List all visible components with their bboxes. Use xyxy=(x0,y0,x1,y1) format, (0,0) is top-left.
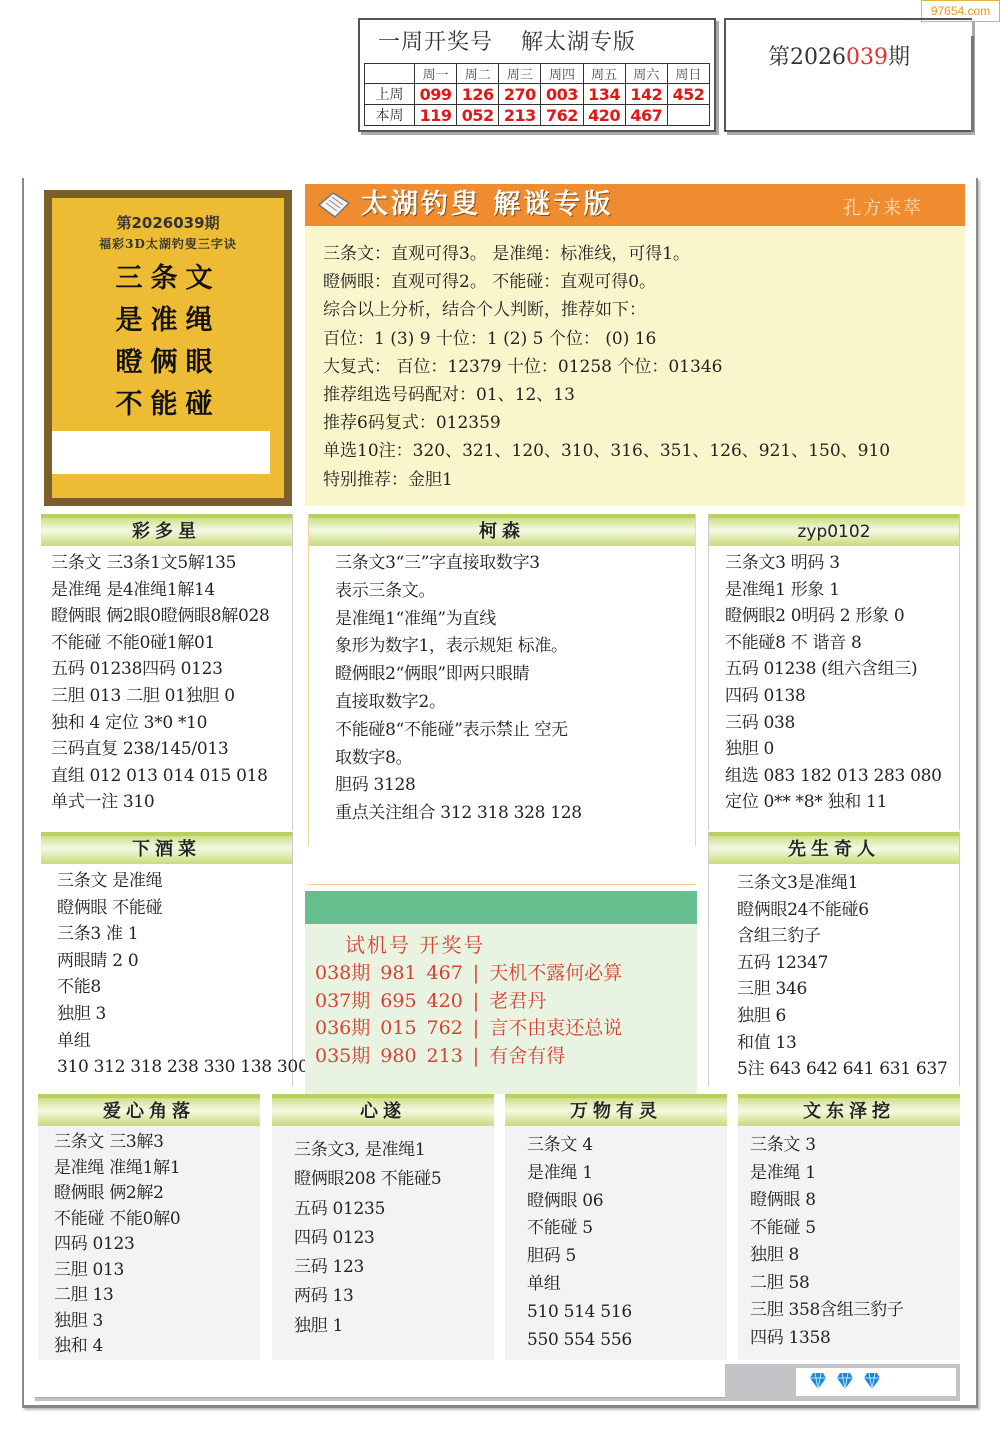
panel-line: 550 554 556 xyxy=(527,1327,717,1355)
gem-icon xyxy=(864,1372,880,1390)
panel-line: 定位 0** *8* 独和 11 xyxy=(725,789,949,816)
weekly-title-right: 解太湖专版 xyxy=(521,30,636,55)
separator: | xyxy=(473,990,479,1012)
panel-line: 是准绳 1 xyxy=(750,1160,950,1188)
panel-line: 二胆 58 xyxy=(750,1270,950,1298)
weekday-wed: 周三 xyxy=(499,64,541,84)
panel-line: 不能碰 5 xyxy=(527,1215,717,1243)
panel-line: 三胆 013 xyxy=(54,1258,250,1284)
panel-line: 三条文3, 是准绳1 xyxy=(294,1136,484,1165)
panel-line: 瞪俩眼 06 xyxy=(527,1188,717,1216)
draw-number: 213 xyxy=(499,105,541,126)
panel-line: 组选 083 182 013 283 080 xyxy=(725,763,949,790)
trial-number: 015 xyxy=(380,1017,416,1039)
panel-aixin: 爱心角落 三条文 三3解3 是准绳 准绳1解1 瞪俩眼 俩2解2 不能碰 不能0… xyxy=(38,1094,260,1360)
panel-line: 不能碰8 不 谐音 8 xyxy=(725,630,949,657)
panel-line: 表示三条文。 xyxy=(335,578,685,606)
weekly-grid: 周一 周二 周三 周四 周五 周六 周日 上周 099 126 270 003 … xyxy=(364,63,710,126)
panel-title: zyp0102 xyxy=(709,514,959,546)
panel-line: 三条文3“三”字直接取数字3 xyxy=(335,550,685,578)
panel-line: 瞪俩眼 俩2解2 xyxy=(54,1181,250,1207)
trial-row: 037期695420|老君丹 xyxy=(315,988,697,1016)
panel-line: 独胆 1 xyxy=(294,1312,484,1341)
panel-wanwu: 万物有灵 三条文 4 是准绳 1 瞪俩眼 06 不能碰 5 胆码 5 单组 51… xyxy=(505,1094,727,1360)
trial-row: 038期981467|天机不露何必算 xyxy=(315,960,697,988)
separator: | xyxy=(473,1017,479,1039)
analysis-header: 太湖钓叟 解谜专版 孔方来萃 xyxy=(305,184,965,226)
panel-line: 瞪俩眼 不能碰 xyxy=(57,895,282,922)
panel-line: 三条3 准 1 xyxy=(57,921,282,948)
gem-icon xyxy=(837,1372,853,1390)
panel-xiajiucai: 下酒菜 三条文 是准绳 瞪俩眼 不能碰 三条3 准 1 两眼睛 2 0 不能8 … xyxy=(41,832,293,1086)
analysis-line: 三条文：直观可得3。 是准绳：标准线，可得1。 xyxy=(323,240,947,268)
issue-number-highlight: 039 xyxy=(846,45,888,70)
analysis-line: 单选10注：320、321、120、310、316、351、126、921、15… xyxy=(323,437,947,465)
weekday-sat: 周六 xyxy=(625,64,667,84)
trial-note: 有舍有得 xyxy=(489,1045,565,1067)
panel-line: 瞪俩眼2 0明码 2 形象 0 xyxy=(725,603,949,630)
draw-number: 467 xyxy=(427,962,463,984)
draw-number: 420 xyxy=(427,990,463,1012)
draw-number: 134 xyxy=(583,84,625,105)
panel-line: 是准绳1 形象 1 xyxy=(725,577,949,604)
trial-issue: 038期 xyxy=(315,962,370,984)
poem-line: 不能碰 xyxy=(52,388,284,422)
draw-number: 003 xyxy=(541,84,583,105)
book-icon xyxy=(317,191,351,219)
analysis-line: 大复式： 百位：12379 十位：01258 个位：01346 xyxy=(323,353,947,381)
panel-line: 三胆 346 xyxy=(737,976,949,1003)
panel-line: 310 312 318 238 330 138 300 xyxy=(57,1054,282,1081)
panel-line: 含组三豹子 xyxy=(737,923,949,950)
panel-wendong: 文东泽挖 三条文 3 是准绳 1 瞪俩眼 8 不能碰 5 独胆 8 二胆 58 … xyxy=(738,1094,960,1360)
panel-zyp0102: zyp0102 三条文3 明码 3 是准绳1 形象 1 瞪俩眼2 0明码 2 形… xyxy=(708,514,960,830)
panel-line: 三胆 013 二胆 01独胆 0 xyxy=(51,683,282,710)
draw-number: 452 xyxy=(667,84,709,105)
analysis-line: 推荐组选号码配对：01、12、13 xyxy=(323,381,947,409)
trial-row: 035期980213|有舍有得 xyxy=(315,1043,697,1071)
panel-line: 三胆 358含组三豹子 xyxy=(750,1297,950,1325)
panel-line: 5注 643 642 641 631 637 xyxy=(737,1056,949,1083)
panel-line: 二胆 13 xyxy=(54,1283,250,1309)
trial-header-bar xyxy=(305,891,697,924)
corner-cell xyxy=(365,64,415,84)
poem-line: 瞪俩眼 xyxy=(52,346,284,380)
trial-note: 言不由衷还总说 xyxy=(489,1017,622,1039)
panel-line: 胆码 3128 xyxy=(335,772,685,800)
weekly-table-title: 一周开奖号解太湖专版 xyxy=(364,23,710,63)
poem-blank-area xyxy=(52,431,270,474)
panel-line: 独和 4 定位 3*0 *10 xyxy=(51,710,282,737)
trial-number: 981 xyxy=(380,962,416,984)
panel-line: 不能碰 不能0解0 xyxy=(54,1207,250,1233)
trial-title: 试机号 开奖号 xyxy=(315,930,697,960)
separator: | xyxy=(473,1045,479,1067)
analysis-line: 推荐6码复式：012359 xyxy=(323,409,947,437)
panel-line: 不能碰8“不能碰”表示禁止 空无 xyxy=(335,717,685,745)
panel-line: 直接取数字2。 xyxy=(335,689,685,717)
draw-number xyxy=(667,105,709,126)
poem-line: 是准绳 xyxy=(52,304,284,338)
panel-line: 瞪俩眼24不能碰6 xyxy=(737,897,949,924)
this-week-row: 本周 119 052 213 762 420 467 xyxy=(365,105,710,126)
panel-title: 柯森 xyxy=(309,514,695,546)
analysis-line: 综合以上分析，结合个人判断，推荐如下： xyxy=(323,296,947,324)
panel-line: 瞪俩眼 8 xyxy=(750,1187,950,1215)
panel-line: 五码 01238 (组六含组三) xyxy=(725,656,949,683)
trial-number: 695 xyxy=(380,990,416,1012)
row-label: 本周 xyxy=(365,105,415,126)
panel-line: 瞪俩眼 俩2眼0瞪俩眼8解028 xyxy=(51,603,282,630)
poem-line: 三条文 xyxy=(52,262,284,296)
panel-line: 单组 xyxy=(527,1271,717,1299)
panel-title: 文东泽挖 xyxy=(738,1094,960,1126)
divider xyxy=(308,884,696,885)
panel-line: 四码 1358 xyxy=(750,1325,950,1353)
draw-number: 126 xyxy=(457,84,499,105)
panel-line: 胆码 5 xyxy=(527,1243,717,1271)
panel-line: 三码直复 238/145/013 xyxy=(51,736,282,763)
panel-line: 是准绳 准绳1解1 xyxy=(54,1156,250,1182)
last-week-row: 上周 099 126 270 003 134 142 452 xyxy=(365,84,710,105)
panel-line: 单式一注 310 xyxy=(51,789,282,816)
poem-subtitle: 福彩3D太湖钓叟三字诀 xyxy=(52,235,284,252)
draw-number: 270 xyxy=(499,84,541,105)
draw-number: 213 xyxy=(427,1045,463,1067)
draw-number: 467 xyxy=(625,105,667,126)
panel-line: 三条文 是准绳 xyxy=(57,868,282,895)
panel-line: 和值 13 xyxy=(737,1030,949,1057)
poem-issue: 第2026039期 xyxy=(52,212,284,233)
panel-line: 三条文 三3解3 xyxy=(54,1130,250,1156)
issue-prefix: 第2026 xyxy=(768,45,846,70)
issue-number: 第2026039期 xyxy=(768,40,910,71)
panel-line: 五码 01235 xyxy=(294,1195,484,1224)
draw-number: 099 xyxy=(415,84,457,105)
trial-note: 天机不露何必算 xyxy=(489,962,622,984)
draw-number: 052 xyxy=(457,105,499,126)
panel-line: 四码 0138 xyxy=(725,683,949,710)
panel-line: 三条文 三3条1文5解135 xyxy=(51,550,282,577)
panel-line: 四码 0123 xyxy=(294,1224,484,1253)
draw-number: 420 xyxy=(583,105,625,126)
panel-line: 三码 123 xyxy=(294,1253,484,1282)
panel-line: 三条文 3 xyxy=(750,1132,950,1160)
separator: | xyxy=(473,962,479,984)
weekday-thu: 周四 xyxy=(541,64,583,84)
trial-row: 036期015762|言不由衷还总说 xyxy=(315,1015,697,1043)
panel-caiduoxing: 彩多星 三条文 三3条1文5解135 是准绳 是4准绳1解14 瞪俩眼 俩2眼0… xyxy=(41,514,293,830)
panel-line: 不能碰 5 xyxy=(750,1215,950,1243)
analysis-title: 太湖钓叟 解谜专版 xyxy=(361,186,613,224)
panel-line: 是准绳 1 xyxy=(527,1160,717,1188)
weekday-sun: 周日 xyxy=(667,64,709,84)
trial-note: 老君丹 xyxy=(489,990,546,1012)
panel-title: 心遂 xyxy=(272,1094,494,1126)
analysis-line: 特别推荐：金胆1 xyxy=(323,466,947,494)
panel-line: 四码 0123 xyxy=(54,1232,250,1258)
panel-line: 三码 038 xyxy=(725,710,949,737)
draw-number: 119 xyxy=(415,105,457,126)
weekly-draw-table: 一周开奖号解太湖专版 周一 周二 周三 周四 周五 周六 周日 上周 099 1… xyxy=(358,18,716,132)
panel-line: 瞪俩眼2“俩眼”即两只眼睛 xyxy=(335,661,685,689)
weekday-mon: 周一 xyxy=(415,64,457,84)
panel-xinsui: 心遂 三条文3, 是准绳1 瞪俩眼208 不能碰5 五码 01235 四码 01… xyxy=(272,1094,494,1360)
panel-line: 是准绳 是4准绳1解14 xyxy=(51,577,282,604)
panel-line: 直组 012 013 014 015 018 xyxy=(51,763,282,790)
issue-number-box: 第2026039期 xyxy=(724,18,972,132)
panel-line: 不能碰 不能0碰1解01 xyxy=(51,630,282,657)
panel-line: 独胆 0 xyxy=(725,736,949,763)
panel-title: 爱心角落 xyxy=(38,1094,260,1126)
panel-line: 不能8 xyxy=(57,974,282,1001)
panel-line: 五码 01238四码 0123 xyxy=(51,656,282,683)
weekday-tue: 周二 xyxy=(457,64,499,84)
analysis-body: 三条文：直观可得3。 是准绳：标准线，可得1。 瞪俩眼：直观可得2。 不能碰：直… xyxy=(305,226,965,506)
draw-number: 142 xyxy=(625,84,667,105)
panel-line: 独胆 3 xyxy=(57,1001,282,1028)
draw-number: 762 xyxy=(541,105,583,126)
panel-kesen: 柯森 三条文3“三”字直接取数字3 表示三条文。 是准绳1“准绳”为直线 象形为… xyxy=(308,514,696,846)
analysis-line: 百位：1 (3) 9 十位：1 (2) 5 个位： (0) 16 xyxy=(323,325,947,353)
riddle-poem-card: 第2026039期 福彩3D太湖钓叟三字诀 三条文 是准绳 瞪俩眼 不能碰 xyxy=(44,190,292,506)
panel-title: 先生奇人 xyxy=(709,832,959,864)
panel-line: 取数字8。 xyxy=(335,745,685,773)
panel-line: 三条文3是准绳1 xyxy=(737,870,949,897)
panel-xianshengqiren: 先生奇人 三条文3是准绳1 瞪俩眼24不能碰6 含组三豹子 五码 12347 三… xyxy=(708,832,960,1086)
weekday-header-row: 周一 周二 周三 周四 周五 周六 周日 xyxy=(365,64,710,84)
panel-line: 独和 4 xyxy=(54,1334,250,1360)
weekly-title-left: 一周开奖号 xyxy=(378,30,493,55)
gem-rating xyxy=(796,1368,956,1396)
panel-line: 两眼睛 2 0 xyxy=(57,948,282,975)
panel-line: 重点关注组合 312 318 328 128 xyxy=(335,800,685,828)
trial-issue: 036期 xyxy=(315,1017,370,1039)
analysis-line: 瞪俩眼：直观可得2。 不能碰：直观可得0。 xyxy=(323,268,947,296)
analysis-author: 孔方来萃 xyxy=(843,194,923,220)
draw-number: 762 xyxy=(427,1017,463,1039)
panel-line: 瞪俩眼208 不能碰5 xyxy=(294,1165,484,1194)
panel-line: 两码 13 xyxy=(294,1282,484,1311)
issue-suffix: 期 xyxy=(888,45,910,70)
panel-line: 是准绳1“准绳”为直线 xyxy=(335,606,685,634)
weekday-fri: 周五 xyxy=(583,64,625,84)
row-label: 上周 xyxy=(365,84,415,105)
panel-line: 独胆 3 xyxy=(54,1309,250,1335)
panel-line: 独胆 8 xyxy=(750,1242,950,1270)
panel-title: 万物有灵 xyxy=(505,1094,727,1126)
panel-line: 三条文3 明码 3 xyxy=(725,550,949,577)
footer-blank-area xyxy=(35,1364,725,1398)
gem-icon xyxy=(810,1372,826,1390)
trial-issue: 037期 xyxy=(315,990,370,1012)
panel-title: 下酒菜 xyxy=(41,832,292,864)
trial-draw-list: 试机号 开奖号 038期981467|天机不露何必算 037期695420|老君… xyxy=(305,924,697,1094)
panel-line: 独胆 6 xyxy=(737,1003,949,1030)
panel-line: 510 514 516 xyxy=(527,1299,717,1327)
panel-line: 三条文 4 xyxy=(527,1132,717,1160)
panel-line: 单组 xyxy=(57,1028,282,1055)
panel-title: 彩多星 xyxy=(41,514,292,546)
panel-line: 五码 12347 xyxy=(737,950,949,977)
trial-number: 980 xyxy=(380,1045,416,1067)
panel-line: 象形为数字1，表示规矩 标准。 xyxy=(335,633,685,661)
trial-issue: 035期 xyxy=(315,1045,370,1067)
